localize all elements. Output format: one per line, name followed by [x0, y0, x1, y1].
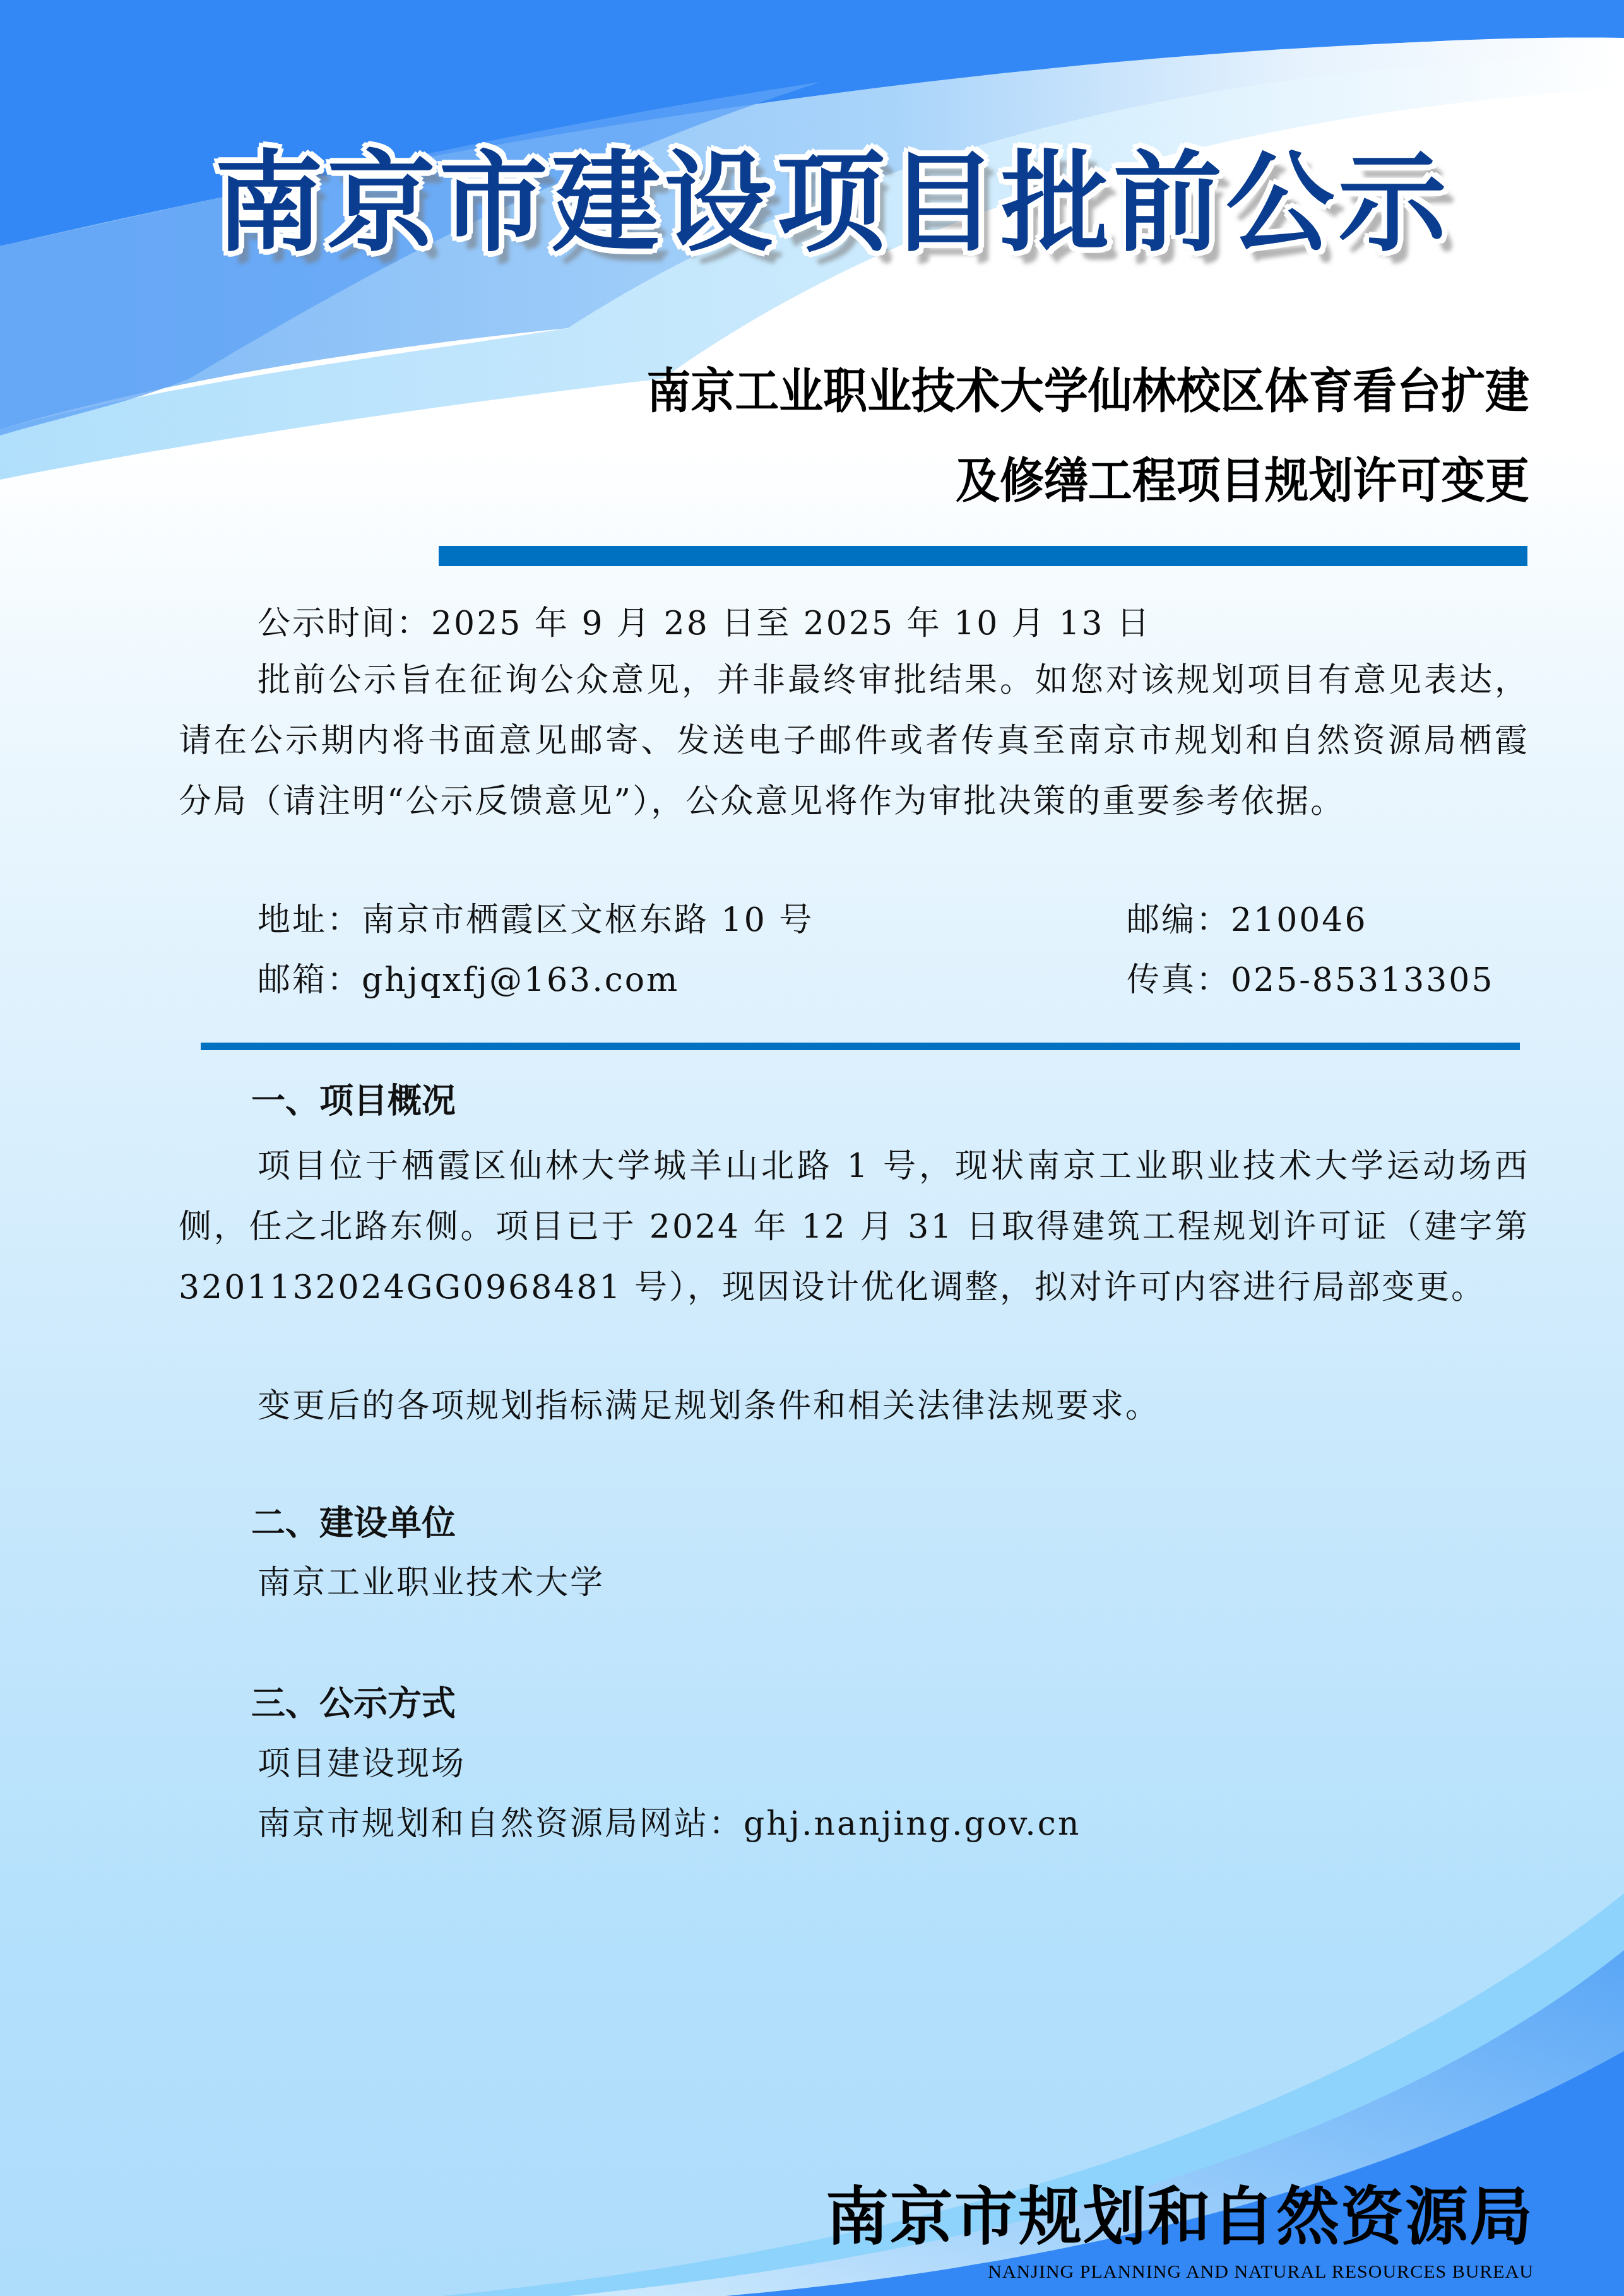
postcode-value: 210046	[1231, 901, 1368, 939]
fax-label: 传真：	[1127, 961, 1231, 999]
contact-fax: 传真：025-85313305	[1127, 950, 1495, 1010]
notice-description: 批前公示旨在征询公众意见，并非最终审批结果。如您对该规划项目有意见表达，请在公示…	[179, 650, 1529, 832]
address-value: 南京市栖霞区文枢东路 10 号	[362, 901, 814, 939]
page-title: 南京市建设项目批前公示	[215, 148, 1445, 257]
section-divider-bar	[201, 1043, 1520, 1050]
fax-value: 025-85313305	[1231, 961, 1495, 999]
construction-unit-name: 南京工业职业技术大学	[258, 1553, 605, 1613]
publicity-method-site: 项目建设现场	[258, 1734, 466, 1794]
title-divider-bar	[439, 546, 1527, 566]
address-label: 地址：	[258, 901, 362, 939]
section-heading-project-overview: 一、项目概况	[251, 1084, 456, 1118]
project-compliance-paragraph: 变更后的各项规划指标满足规划条件和相关法律法规要求。	[179, 1376, 1529, 1436]
footer-org-name-en: NANJING PLANNING AND NATURAL RESOURCES B…	[821, 2263, 1534, 2281]
contact-address: 地址：南京市栖霞区文枢东路 10 号	[258, 890, 814, 950]
section-heading-construction-unit: 二、建设单位	[251, 1506, 456, 1541]
notice-period-label: 公示时间：	[258, 605, 431, 642]
email-value[interactable]: ghjqxfj@163.com	[362, 961, 679, 999]
section-heading-publicity-method: 三、公示方式	[251, 1687, 456, 1721]
contact-postcode: 邮编：210046	[1127, 890, 1368, 950]
notice-period-value: 2025 年 9 月 28 日至 2025 年 10 月 13 日	[431, 605, 1151, 642]
project-overview-paragraph: 项目位于栖霞区仙林大学城羊山北路 1 号，现状南京工业职业技术大学运动场西侧，任…	[179, 1136, 1529, 1318]
contact-email: 邮箱：ghjqxfj@163.com	[258, 950, 679, 1010]
email-label: 邮箱：	[258, 961, 362, 999]
footer-org-name-cn: 南京市规划和自然资源局	[821, 2185, 1534, 2248]
project-name-line-2: 及修缮工程项目规划许可变更	[426, 457, 1529, 505]
project-name-line-1: 南京工业职业技术大学仙林校区体育看台扩建	[426, 367, 1529, 415]
postcode-label: 邮编：	[1127, 901, 1231, 939]
notice-period: 公示时间：2025 年 9 月 28 日至 2025 年 10 月 13 日	[258, 593, 1151, 654]
publicity-method-website: 南京市规划和自然资源局网站：ghj.nanjing.gov.cn	[258, 1794, 1081, 1854]
